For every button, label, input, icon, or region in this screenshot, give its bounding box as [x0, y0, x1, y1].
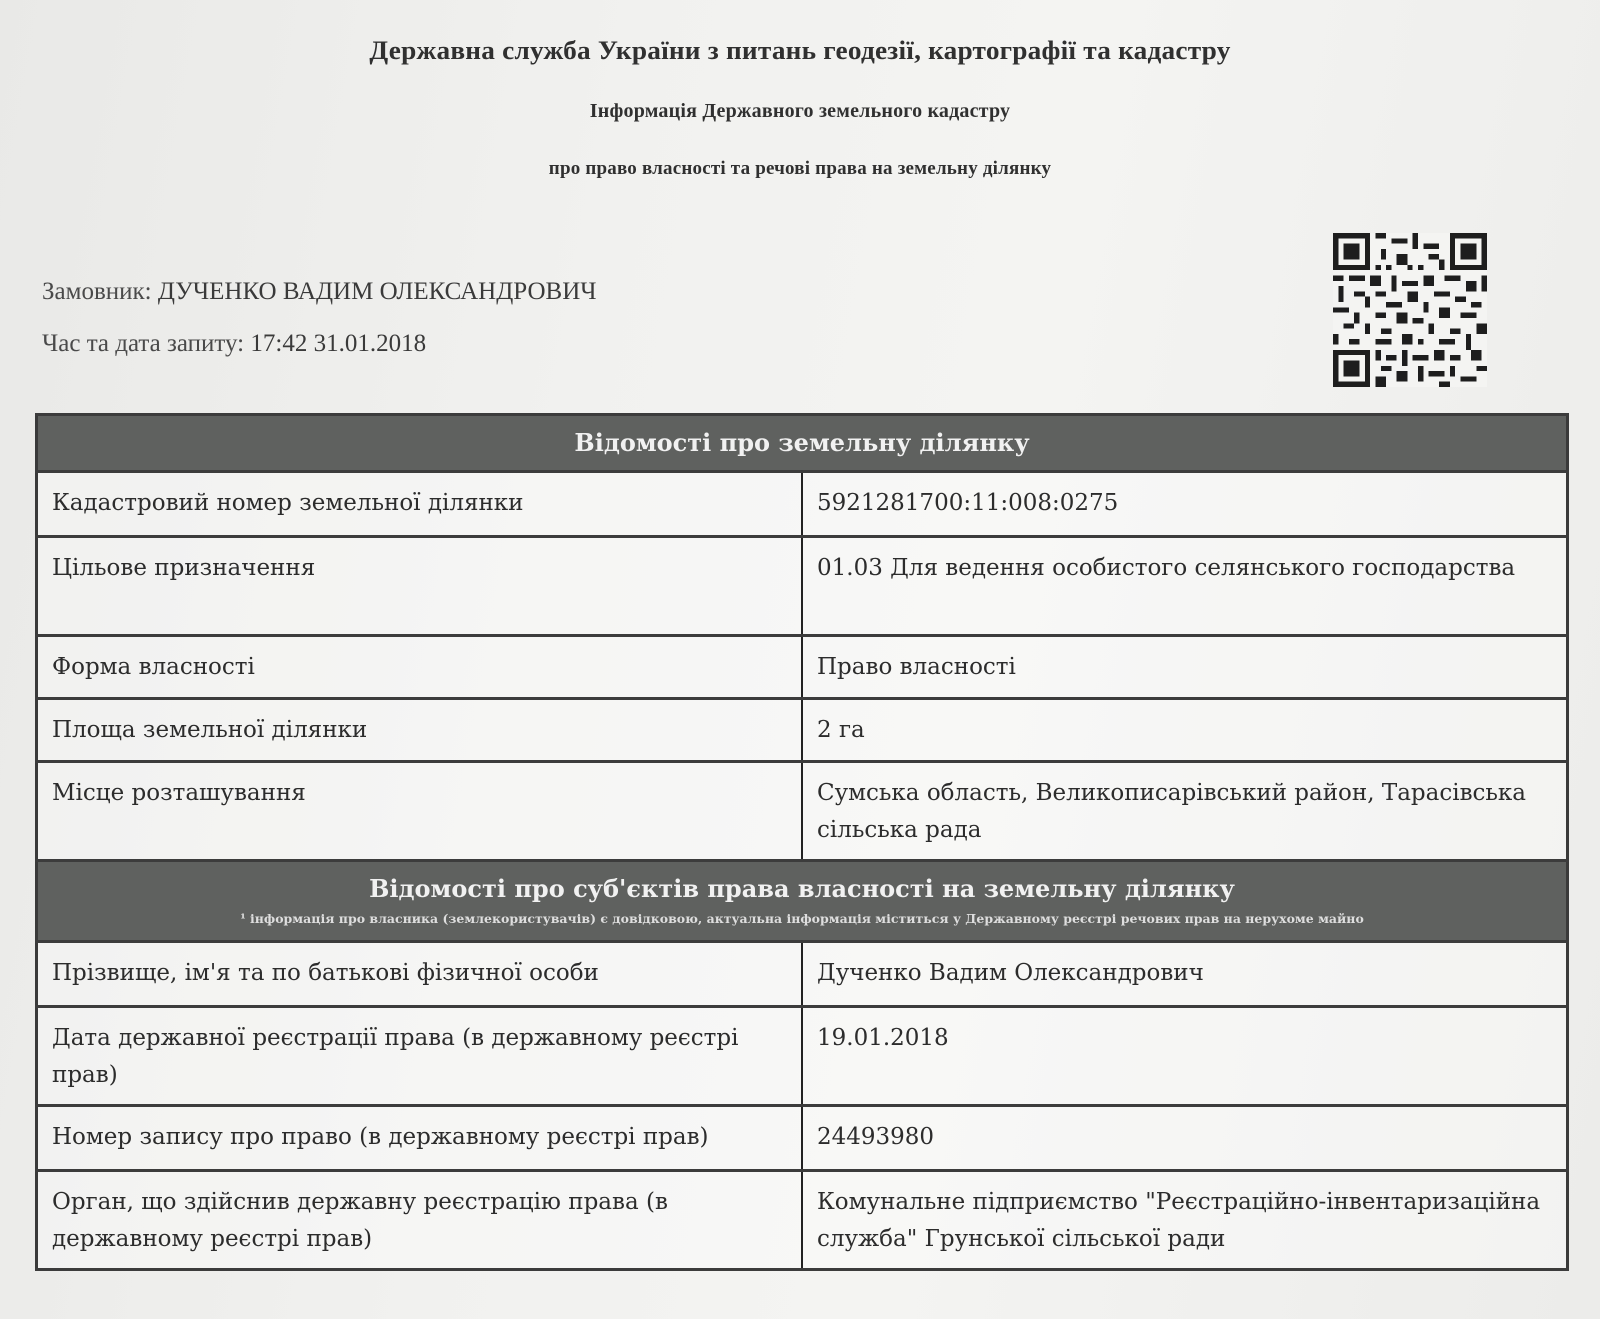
row-value-area: 2 га	[802, 699, 1568, 762]
customer-value: ДУЧЕНКО ВАДИМ ОЛЕКСАНДРОВИЧ	[158, 278, 597, 305]
table-row: Форма власності Право власності	[37, 636, 1568, 699]
table-row: Орган, що здійснив державну реєстрацію п…	[37, 1171, 1568, 1270]
table-row: Місце розташування Сумська область, Вели…	[37, 762, 1568, 861]
table-row: Прізвище, ім'я та по батькові фізичної о…	[37, 942, 1568, 1007]
row-key-location: Місце розташування	[37, 762, 803, 861]
qr-code-icon	[1333, 233, 1487, 387]
row-value-location: Сумська область, Великописарівський райо…	[802, 762, 1568, 861]
section-owners: Відомості про суб'єктів права власності …	[37, 861, 1568, 942]
cadastre-table: Відомості про земельну ділянку Кадастров…	[35, 413, 1569, 1271]
row-value-owner-name: Дученко Вадим Олександрович	[802, 942, 1568, 1007]
table-row: Площа земельної ділянки 2 га	[37, 699, 1568, 762]
section-title: Відомості про суб'єктів права власності …	[52, 872, 1552, 906]
table-row: Дата державної реєстрації права (в держа…	[37, 1007, 1568, 1106]
request-time-line: Час та дата запиту: 17:42 31.01.2018	[42, 330, 426, 358]
row-value-registering-body: Комунальне підприємство "Реєстраційно-ін…	[802, 1171, 1568, 1270]
row-value-ownership-form: Право власності	[802, 636, 1568, 699]
table-row: Номер запису про право (в державному реє…	[37, 1106, 1568, 1171]
agency-title: Державна служба України з питань геодезі…	[0, 36, 1600, 66]
row-value-record-number: 24493980	[802, 1106, 1568, 1171]
row-key-cadastral-number: Кадастровий номер земельної ділянки	[37, 472, 803, 537]
row-key-registering-body: Орган, що здійснив державну реєстрацію п…	[37, 1171, 803, 1270]
customer-line: Замовник: ДУЧЕНКО ВАДИМ ОЛЕКСАНДРОВИЧ	[42, 278, 597, 306]
row-value-cadastral-number: 5921281700:11:008:0275	[802, 472, 1568, 537]
row-key-area: Площа земельної ділянки	[37, 699, 803, 762]
customer-label: Замовник:	[42, 278, 152, 305]
row-value-purpose: 01.03 Для ведення особистого селянського…	[802, 537, 1568, 636]
row-key-registration-date: Дата державної реєстрації права (в держа…	[37, 1007, 803, 1106]
row-key-owner-name: Прізвище, ім'я та по батькові фізичної о…	[37, 942, 803, 1007]
section-footnote: ¹ інформація про власника (землекористув…	[52, 908, 1552, 930]
section-title: Відомості про земельну ділянку	[52, 426, 1552, 460]
document-title: Інформація Державного земельного кадастр…	[0, 100, 1600, 123]
section-land-plot: Відомості про земельну ділянку	[37, 415, 1568, 472]
document-page: Державна служба України з питань геодезі…	[0, 0, 1600, 1319]
row-key-purpose: Цільове призначення	[37, 537, 803, 636]
request-time-label: Час та дата запиту:	[42, 330, 244, 357]
row-value-registration-date: 19.01.2018	[802, 1007, 1568, 1106]
table-row: Кадастровий номер земельної ділянки 5921…	[37, 472, 1568, 537]
table-row: Цільове призначення 01.03 Для ведення ос…	[37, 537, 1568, 636]
row-key-record-number: Номер запису про право (в державному реє…	[37, 1106, 803, 1171]
document-subtitle: про право власності та речові права на з…	[0, 158, 1600, 180]
row-key-ownership-form: Форма власності	[37, 636, 803, 699]
request-time-value: 17:42 31.01.2018	[250, 330, 426, 357]
